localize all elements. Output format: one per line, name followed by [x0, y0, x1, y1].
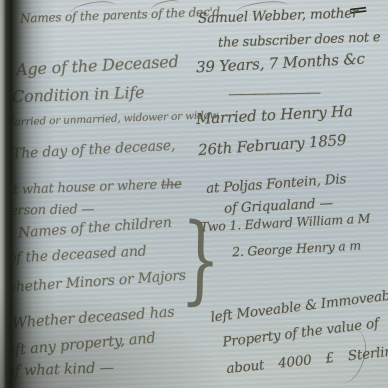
field-value-condition-dash: ———————	[228, 83, 319, 103]
field-value-decease-day: 26th February 1859	[198, 131, 347, 159]
book-gutter-shadow	[0, 0, 56, 388]
field-value-age: 39 Years, 7 Months &c	[196, 50, 365, 77]
death-notice-photo: = Names of the parents of the dec'd. Sam…	[0, 0, 388, 388]
field-value-place-of-death-line1: at Poljas Fontein, Dis	[206, 171, 347, 197]
field-value-marital-status: Married to Henry Ha	[196, 102, 354, 128]
field-value-parents-line2: the subscriber does not e	[218, 30, 381, 51]
field-value-children-line2: 2. George Henry a m	[232, 238, 362, 260]
struck-word: the	[161, 177, 182, 193]
